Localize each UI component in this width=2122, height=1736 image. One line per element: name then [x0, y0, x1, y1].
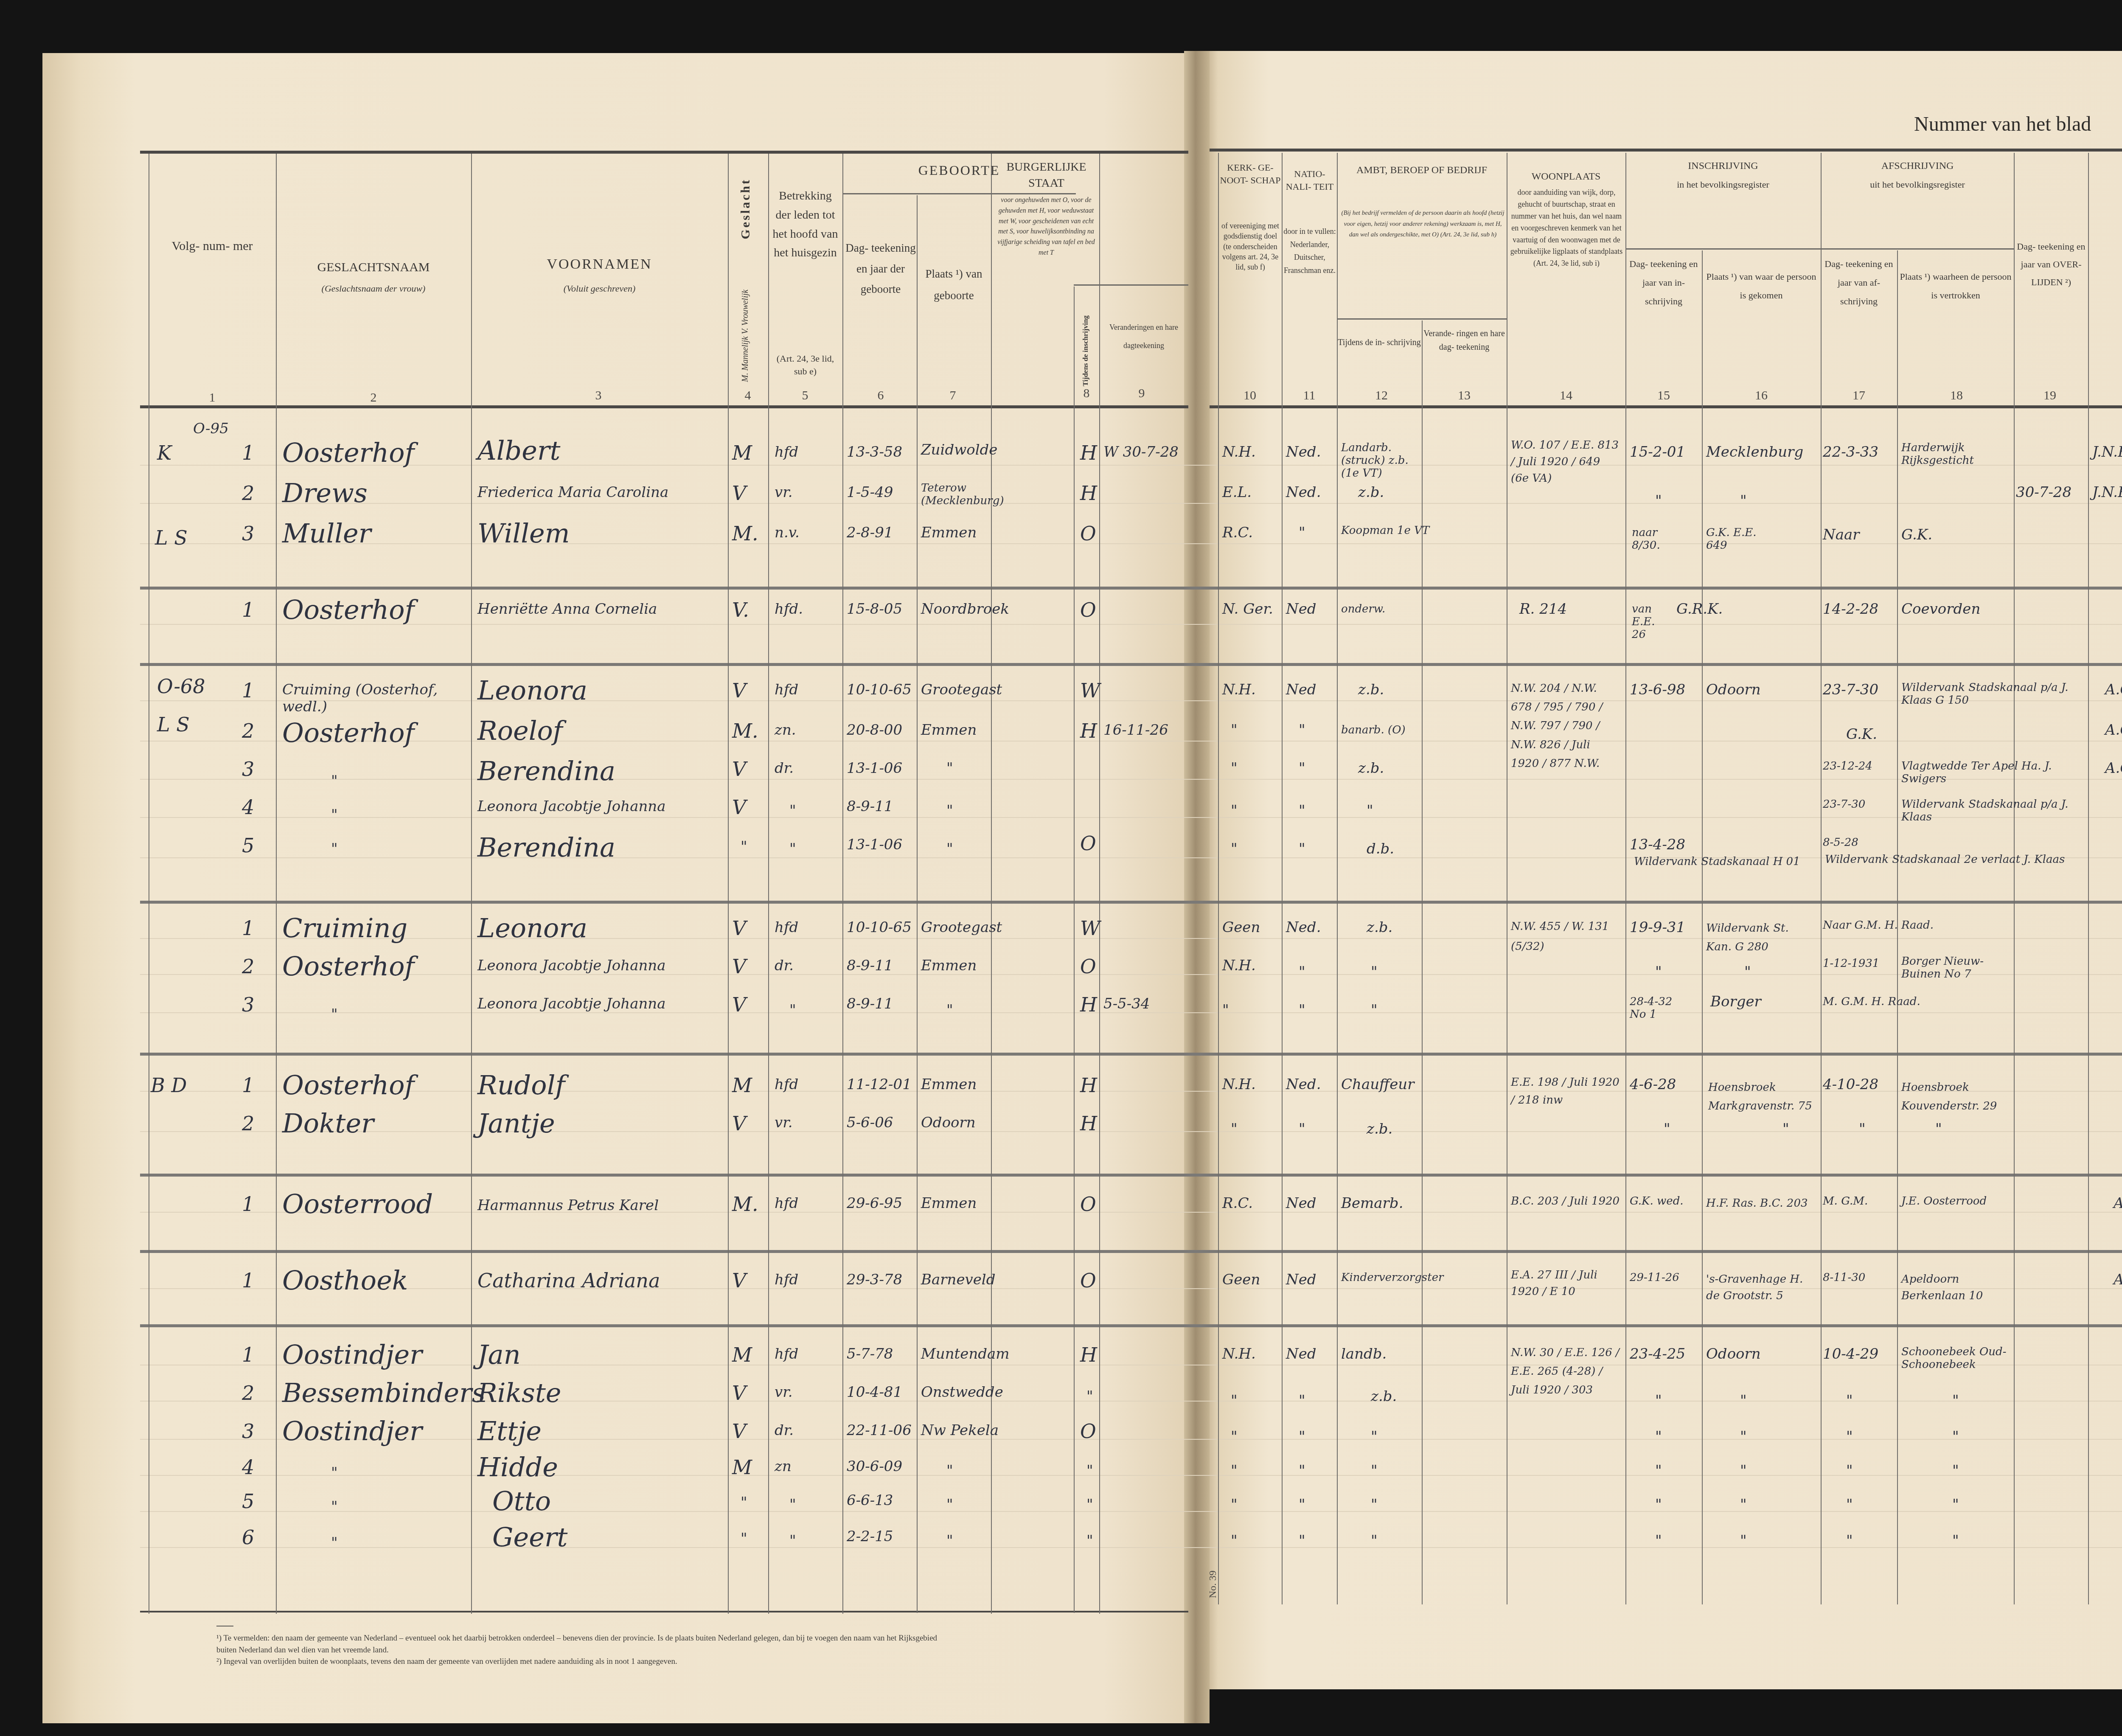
in-from-cell: Wildervank Stadskanaal H 01: [1634, 855, 1816, 868]
birth-place-cell: ": [946, 802, 953, 819]
relation-cell: zn: [775, 1458, 792, 1475]
ruled-line: [140, 1511, 2122, 1512]
num-cell: 16: [1749, 388, 1774, 403]
surname-cell: ": [331, 1498, 338, 1515]
in-date-cell: ": [1655, 964, 1662, 980]
given-cell: Berendina: [477, 832, 615, 863]
header-col-7: Plaats ¹) van geboorte: [919, 263, 989, 307]
given-cell: Ettje: [477, 1416, 542, 1447]
header-col-13: Verande- ringen en hare dag- teekening: [1423, 327, 1506, 354]
occupation-cell: Koopman 1e VT: [1341, 524, 1429, 537]
in-date-cell: 23-4-25: [1630, 1346, 1685, 1362]
nr-cell: 4: [242, 796, 254, 819]
surname-cell: Cruiming: [282, 913, 407, 944]
ruled-line: [140, 503, 2122, 504]
nr-cell: 1: [242, 1193, 254, 1216]
surname-cell: ": [331, 840, 338, 857]
birth-date-cell: 2-2-15: [847, 1528, 893, 1545]
birth-place-cell: Zuidwolde: [921, 441, 998, 458]
nationality-cell: Ned: [1286, 1346, 1316, 1362]
in-from-cell: ": [1740, 492, 1747, 509]
book-gutter: [1184, 51, 1210, 1723]
num-cell: 18: [1944, 388, 1969, 403]
ruled-line: [140, 1365, 2122, 1365]
header-col-3-sub: (Voluit geschreven): [475, 282, 724, 295]
church-cell: R.C.: [1222, 1195, 1253, 1212]
occupation-cell: z.b.: [1358, 484, 1384, 501]
birth-place-cell: Grootegast: [921, 919, 1002, 936]
ruled-line: [140, 779, 2122, 780]
ruled-line: [140, 465, 2122, 466]
nr-cell: 2: [242, 1382, 254, 1405]
header-col-2-sub: (Geslachtsnaam der vrouw): [280, 282, 467, 295]
sex-cell: M.: [732, 719, 758, 742]
out-to-cell: ": [1935, 1121, 1942, 1138]
birth-date-cell: 30-6-09: [847, 1458, 902, 1475]
church-cell: ": [1231, 1392, 1238, 1409]
num-cell: 2: [361, 390, 386, 405]
header-col-3: VOORNAMEN: [475, 255, 724, 274]
header-col-12: Tijdens de in- schrijving: [1338, 335, 1421, 350]
column-rule: [2088, 153, 2089, 1604]
burgerlijke-staat-rule: [1074, 284, 1188, 286]
out-to-cell: Wildervank Stadskanaal p/a J. Klaas: [1901, 798, 2071, 823]
margin-note: O-95: [193, 420, 229, 437]
surname-cell: Oosterhof: [282, 717, 414, 748]
ruled-line: [140, 1439, 2122, 1440]
in-from-cell: ": [1740, 1392, 1747, 1409]
nationality-cell: ": [1299, 722, 1305, 739]
surname-cell: Oosthoek: [282, 1265, 408, 1296]
column-rule: [1074, 287, 1075, 1613]
occupation-cell: Landarb. (struck) z.b. (1e VT): [1341, 441, 1417, 480]
out-to-cell: Apeldoorn Berkenlaan 10: [1901, 1271, 2012, 1304]
occupation-cell: ": [1371, 1002, 1378, 1019]
civil-status-cell: ": [1086, 1532, 1093, 1549]
given-cell: Albert: [477, 435, 561, 466]
nationality-cell: ": [1299, 524, 1305, 541]
church-cell: ": [1231, 1532, 1238, 1549]
column-rule: [1625, 153, 1626, 1604]
header-col-11-sub: door in te vullen: Nederlander, Duitsche…: [1283, 225, 1337, 277]
church-cell: N.H.: [1222, 1076, 1256, 1093]
surname-cell: Oostindjer: [282, 1339, 422, 1370]
num-cell: 8: [1074, 386, 1099, 401]
occupation-cell: ": [1371, 1496, 1378, 1513]
surname-cell: Drews: [282, 478, 368, 508]
remarks-cell: A.C.C.: [2114, 1271, 2122, 1288]
nationality-cell: Ned.: [1286, 444, 1321, 461]
civil-status-cell: O: [1080, 1420, 1096, 1443]
num-cell: 19: [2037, 388, 2063, 403]
num-cell: 17: [1846, 388, 1872, 403]
sex-cell: V: [732, 993, 746, 1016]
birth-date-cell: 10-10-65: [847, 919, 912, 936]
occupation-cell: Chauffeur: [1341, 1076, 1414, 1093]
surname-cell: Oosterrood: [282, 1188, 433, 1219]
in-date-cell: 13-4-28: [1630, 836, 1685, 853]
occupation-cell: Bemarb.: [1341, 1195, 1403, 1212]
relation-cell: ": [789, 1002, 796, 1019]
civil-status-cell: H: [1080, 1343, 1097, 1366]
given-cell: Leonora: [477, 913, 587, 944]
in-date-cell: ": [1655, 1532, 1662, 1549]
header-col-5: Betrekking der leden tot het hoofd van h…: [770, 187, 840, 263]
geboorte-group-rule: [842, 193, 1076, 194]
in-date-cell: ": [1655, 1462, 1662, 1479]
out-date-cell: G.K.: [1846, 726, 1877, 743]
table-bottom-rule: [140, 1611, 1188, 1612]
nr-cell: 3: [242, 758, 254, 781]
in-date-cell: 19-9-31: [1630, 919, 1685, 936]
nr-cell: 1: [242, 441, 254, 464]
occupation-cell: ": [1371, 1428, 1378, 1445]
woonplaats-cell: N.W. 204 / N.W. 678 / 795 / 790 / N.W. 7…: [1511, 679, 1621, 773]
woonplaats-cell: N.W. 30 / E.E. 126 / E.E. 265 (4-28) / J…: [1511, 1343, 1621, 1400]
relation-cell: dr.: [775, 957, 794, 974]
occupation-cell: z.b.: [1358, 681, 1384, 698]
nationality-cell: ": [1299, 760, 1305, 777]
occupation-cell: z.b.: [1367, 919, 1392, 936]
in-from-cell: Mecklenburg: [1706, 444, 1803, 461]
num-cell: 7: [940, 388, 966, 403]
surname-cell: ": [331, 1006, 338, 1023]
household-separator: [140, 587, 2122, 590]
surname-cell: Dokter: [282, 1108, 374, 1139]
column-rule: [1099, 154, 1100, 1614]
civil-status-cell: H: [1080, 441, 1097, 464]
birth-place-cell: Muntendam: [921, 1346, 1010, 1362]
surname-cell: ": [331, 806, 338, 823]
occupation-cell: z.b.: [1371, 1388, 1397, 1405]
in-from-cell: ": [1740, 1462, 1747, 1479]
relation-cell: vr.: [775, 1114, 793, 1131]
nationality-cell: Ned: [1286, 681, 1316, 698]
margin-note: L S: [157, 713, 190, 736]
header-top-rule: [140, 151, 1188, 154]
given-cell: Leonora Jacobtje Johanna: [477, 798, 715, 815]
out-to-cell: ": [1952, 1462, 1959, 1479]
birth-date-cell: 5-6-06: [847, 1114, 893, 1131]
header-top-rule-right: [1210, 149, 2122, 152]
column-rule: [728, 154, 729, 1614]
out-to-cell: Harderwijk Rijksgesticht: [1901, 441, 2012, 467]
inschrijving-group-rule: [1625, 248, 1821, 250]
header-col-15: Dag- teekening en jaar van in- schrijvin…: [1626, 255, 1701, 311]
nr-cell: 2: [242, 719, 254, 742]
nationality-cell: ": [1299, 1121, 1305, 1138]
church-cell: N. Ger.: [1222, 601, 1273, 618]
in-from-cell: Borger: [1710, 993, 1761, 1010]
occupation-cell: z.b.: [1367, 1121, 1392, 1138]
surname-cell: Bessembinders: [282, 1377, 486, 1408]
ruled-line: [140, 1131, 2122, 1132]
ruled-line: [140, 1547, 2122, 1548]
sex-cell: M: [732, 441, 752, 464]
column-rule: [1282, 153, 1283, 1604]
left-page: [42, 53, 1201, 1723]
civil-change-cell: 5-5-34: [1103, 995, 1150, 1012]
surname-cell: Cruiming (Oosterhof, wedl.): [282, 681, 469, 715]
birth-date-cell: 10-10-65: [847, 681, 912, 698]
header-col-9: Veranderingen en hare dagteekening: [1101, 318, 1186, 355]
in-from-cell: Hoensbroek Markgravenstr. 75: [1634, 1078, 1812, 1115]
nr-cell: 2: [242, 482, 254, 505]
relation-cell: dr.: [775, 760, 794, 777]
sex-cell: M.: [732, 1193, 758, 1216]
civil-status-cell: ": [1086, 1462, 1093, 1479]
nationality-cell: ": [1299, 1392, 1305, 1409]
surname-cell: Oostindjer: [282, 1416, 422, 1447]
birth-date-cell: 5-7-78: [847, 1346, 893, 1362]
header-col-8: Tijdens de inschrijving: [1081, 297, 1090, 386]
nationality-cell: ": [1299, 1428, 1305, 1445]
out-date-cell: ": [1846, 1462, 1853, 1479]
relation-cell: zn.: [775, 722, 796, 739]
relation-cell: vr.: [775, 484, 793, 501]
civil-status-cell: O: [1080, 522, 1096, 545]
church-cell: ": [1231, 760, 1238, 777]
church-cell: N.H.: [1222, 444, 1256, 461]
out-date-cell: 1-12-1931: [1823, 957, 1879, 970]
sex-cell: V: [732, 955, 746, 978]
nationality-cell: ": [1299, 1496, 1305, 1513]
out-date-cell: 22-3-33: [1823, 444, 1878, 461]
given-cell: Otto: [492, 1486, 551, 1517]
occupation-cell: onderw.: [1341, 603, 1385, 615]
birth-place-cell: Barneveld: [921, 1271, 996, 1288]
given-cell: Harmannus Petrus Karel: [477, 1195, 677, 1216]
nationality-cell: Ned: [1286, 601, 1316, 618]
out-to-cell: Coevorden: [1901, 601, 1980, 618]
birth-date-cell: 8-9-11: [847, 995, 893, 1012]
civil-status-cell: O: [1080, 1269, 1096, 1292]
column-rule: [917, 195, 918, 1613]
in-from-cell: Odoorn: [1706, 681, 1761, 698]
nationality-cell: Ned: [1286, 1195, 1316, 1212]
civil-status-cell: O: [1080, 598, 1096, 621]
column-rule: [1507, 153, 1507, 1604]
ambt-group-rule: [1337, 318, 1507, 320]
header-afschrijving-group: AFSCHRIJVING: [1822, 159, 2013, 173]
relation-cell: ": [789, 802, 796, 819]
relation-cell: ": [789, 1496, 796, 1513]
birth-place-cell: ": [946, 1496, 953, 1513]
birth-date-cell: 6-6-13: [847, 1492, 893, 1509]
death-cell: 30-7-28: [2016, 484, 2071, 501]
woonplaats-cell: W.O. 107 / E.E. 813 / Juli 1920 / 649 (6…: [1511, 437, 1621, 487]
header-ambt-note: (Bij het bedrijf vermelden of de persoon…: [1341, 208, 1504, 241]
nationality-cell: ": [1299, 840, 1305, 857]
ruled-line: [140, 1288, 2122, 1289]
relation-cell: hfd: [775, 1076, 798, 1093]
in-date-cell: 15-2-01: [1630, 444, 1685, 461]
remarks-cell: J.N.B. A.C.C.: [2092, 444, 2122, 461]
footnote-1: ¹) Te vermelden: den naam der gemeente v…: [216, 1632, 938, 1656]
civil-change-cell: W 30-7-28: [1103, 444, 1179, 461]
civil-status-cell: W: [1080, 679, 1100, 702]
column-rule: [768, 154, 769, 1614]
church-cell: R.C.: [1222, 524, 1253, 541]
sex-cell: V: [732, 1112, 746, 1135]
column-rule: [1821, 153, 1822, 1604]
header-burgerlijke-staat-note: voor ongehuwden met O, voor de gehuwden …: [993, 195, 1099, 258]
in-from-cell: ": [1740, 1532, 1747, 1549]
sex-cell: V: [732, 679, 746, 702]
header-inschrijving-sub: in het bevolkingsregister: [1626, 178, 1820, 191]
header-col-17: Dag- teekening en jaar van af- schrijvin…: [1822, 255, 1896, 311]
nr-cell: 1: [242, 1269, 254, 1292]
header-ambt-group: AMBT, BEROEP OF BEDRIJF: [1338, 163, 1506, 177]
out-date-cell: 23-7-30: [1823, 798, 1865, 811]
birth-date-cell: 1-5-49: [847, 484, 893, 501]
header-col-2: GESLACHTSNAAM: [280, 259, 467, 276]
out-date-cell: 8-5-28: [1823, 836, 1858, 849]
footnotes: ¹) Te vermelden: den naam der gemeente v…: [216, 1626, 938, 1668]
birth-place-cell: Emmen: [921, 1076, 977, 1093]
birth-place-cell: ": [946, 1462, 953, 1479]
nationality-cell: ": [1299, 802, 1305, 819]
given-cell: Willem: [477, 518, 570, 549]
sex-cell: ": [741, 1494, 747, 1511]
given-cell: Rikste: [477, 1377, 561, 1408]
surname-cell: Oosterhof: [282, 594, 414, 625]
birth-date-cell: 10-4-81: [847, 1384, 902, 1401]
given-cell: Hidde: [477, 1452, 558, 1483]
in-date-cell: G.K. wed.: [1630, 1195, 1684, 1208]
nr-cell: 1: [242, 679, 254, 702]
ruled-line: [140, 741, 2122, 742]
out-date-cell: M. G.M.: [1823, 1195, 1868, 1208]
sex-cell: V: [732, 917, 746, 940]
column-rule: [1337, 153, 1338, 1604]
ruled-line: [140, 817, 2122, 818]
civil-status-cell: O: [1080, 955, 1096, 978]
ruled-line: [140, 938, 2122, 939]
surname-cell: Oosterhof: [282, 437, 414, 468]
nr-cell: 3: [242, 522, 254, 545]
nr-cell: 1: [242, 598, 254, 621]
relation-cell: ": [789, 840, 796, 857]
num-cell: 1: [199, 390, 225, 405]
civil-status-cell: H: [1080, 1112, 1097, 1135]
column-rule: [1218, 153, 1219, 1604]
given-cell: Jantje: [477, 1108, 555, 1139]
margin-note: L S: [155, 526, 188, 549]
sheet-number-label: Nummer van het blad: [1914, 112, 2091, 136]
afschrijving-group-rule: [1821, 248, 2014, 250]
ruled-line: [140, 1012, 2122, 1013]
out-date-cell: ": [1846, 1428, 1853, 1445]
civil-status-cell: ": [1086, 1496, 1093, 1513]
header-col-10-sub: of vereeniging met godsdienstig doel (te…: [1219, 221, 1282, 272]
civil-status-cell: H: [1080, 1074, 1097, 1097]
nr-cell: 4: [242, 1456, 254, 1479]
relation-cell: ": [789, 1532, 796, 1549]
header-col-1: Volg- num- mer: [153, 238, 272, 255]
nationality-cell: Ned.: [1286, 1076, 1321, 1093]
woonplaats-cell: B.C. 203 / Juli 1920: [1511, 1193, 1621, 1211]
surname-cell: Oosterhof: [282, 1070, 414, 1101]
birth-place-cell: ": [946, 1002, 953, 1019]
church-cell: N.H.: [1222, 1346, 1256, 1362]
church-cell: E.L.: [1222, 484, 1252, 501]
nr-cell: 1: [242, 917, 254, 940]
out-date-cell: ": [1846, 1392, 1853, 1409]
out-date-cell: M. G.M. H. Raad.: [1823, 995, 2010, 1008]
civil-status-cell: ": [1086, 1388, 1093, 1405]
num-cell: 4: [735, 388, 761, 403]
header-col-14: WOONPLAATS: [1507, 170, 1625, 183]
nationality-cell: ": [1299, 1002, 1305, 1019]
birth-place-cell: Noordbroek: [921, 601, 1009, 618]
birth-date-cell: 15-8-05: [847, 601, 902, 618]
given-cell: Rudolf: [477, 1070, 565, 1101]
out-date-cell: 14-2-28: [1823, 601, 1878, 618]
sex-cell: ": [741, 1530, 747, 1547]
column-rule: [276, 154, 277, 1614]
remarks-cell: A.C.C.: [2105, 722, 2122, 739]
out-to-cell: J.E. Oosterrood: [1901, 1195, 1987, 1208]
given-cell: Friederica Maria Carolina: [477, 484, 668, 501]
nationality-cell: ": [1299, 1462, 1305, 1479]
out-to-cell: ": [1952, 1496, 1959, 1513]
civil-status-cell: H: [1080, 719, 1097, 742]
woonplaats-cell: E.A. 27 III / Juli 1920 / E 10: [1511, 1267, 1621, 1300]
sex-cell: M: [732, 1074, 752, 1097]
header-col-4-sub: M. Mannelijk V. Vrouwelijk: [741, 276, 759, 382]
relation-cell: hfd: [775, 1346, 798, 1362]
relation-cell: hfd: [775, 919, 798, 936]
relation-cell: hfd: [775, 681, 798, 698]
column-rule: [842, 154, 843, 1614]
given-cell: Geert: [492, 1522, 567, 1553]
header-bottom-rule-right: [1210, 405, 2122, 408]
sex-cell: V: [732, 482, 746, 505]
church-cell: N.H.: [1222, 681, 1256, 698]
church-cell: Geen: [1222, 1271, 1260, 1288]
num-cell: 13: [1451, 388, 1477, 403]
num-cell: 15: [1651, 388, 1676, 403]
surname-cell: Oosterhof: [282, 951, 414, 982]
household-separator: [140, 663, 2122, 666]
ruled-line: [140, 974, 2122, 975]
in-from-cell: G.K. E.E. 649: [1706, 526, 1766, 552]
nr-cell: 3: [242, 1420, 254, 1443]
civil-status-cell: O: [1080, 1193, 1096, 1216]
header-col-4: Geslacht: [738, 178, 753, 239]
in-date-cell: 29-11-26: [1630, 1271, 1679, 1284]
out-date-cell: 23-7-30: [1823, 681, 1878, 698]
sex-cell: V: [732, 796, 746, 819]
out-to-cell: G.K.: [1901, 526, 1932, 543]
church-cell: ": [1231, 802, 1238, 819]
num-cell: 10: [1237, 388, 1263, 403]
column-rule: [1422, 320, 1423, 1604]
birth-place-cell: ": [946, 840, 953, 857]
birth-place-cell: ": [946, 760, 953, 777]
header-col-18: Plaats ¹) waarheen de persoon is vertrok…: [1898, 267, 2013, 305]
header-col-5-sub: (Art. 24, 3e lid, sub e): [770, 352, 840, 377]
num-cell: 6: [868, 388, 893, 403]
nationality-cell: Ned.: [1286, 919, 1321, 936]
birth-date-cell: 13-3-58: [847, 444, 902, 461]
header-inschrijving-group: INSCHRIJVING: [1626, 159, 1820, 173]
birth-place-cell: ": [946, 1532, 953, 1549]
occupation-cell: z.b.: [1358, 760, 1384, 777]
out-date-cell: 8-11-30: [1823, 1271, 1865, 1284]
birth-place-cell: Emmen: [921, 524, 977, 541]
